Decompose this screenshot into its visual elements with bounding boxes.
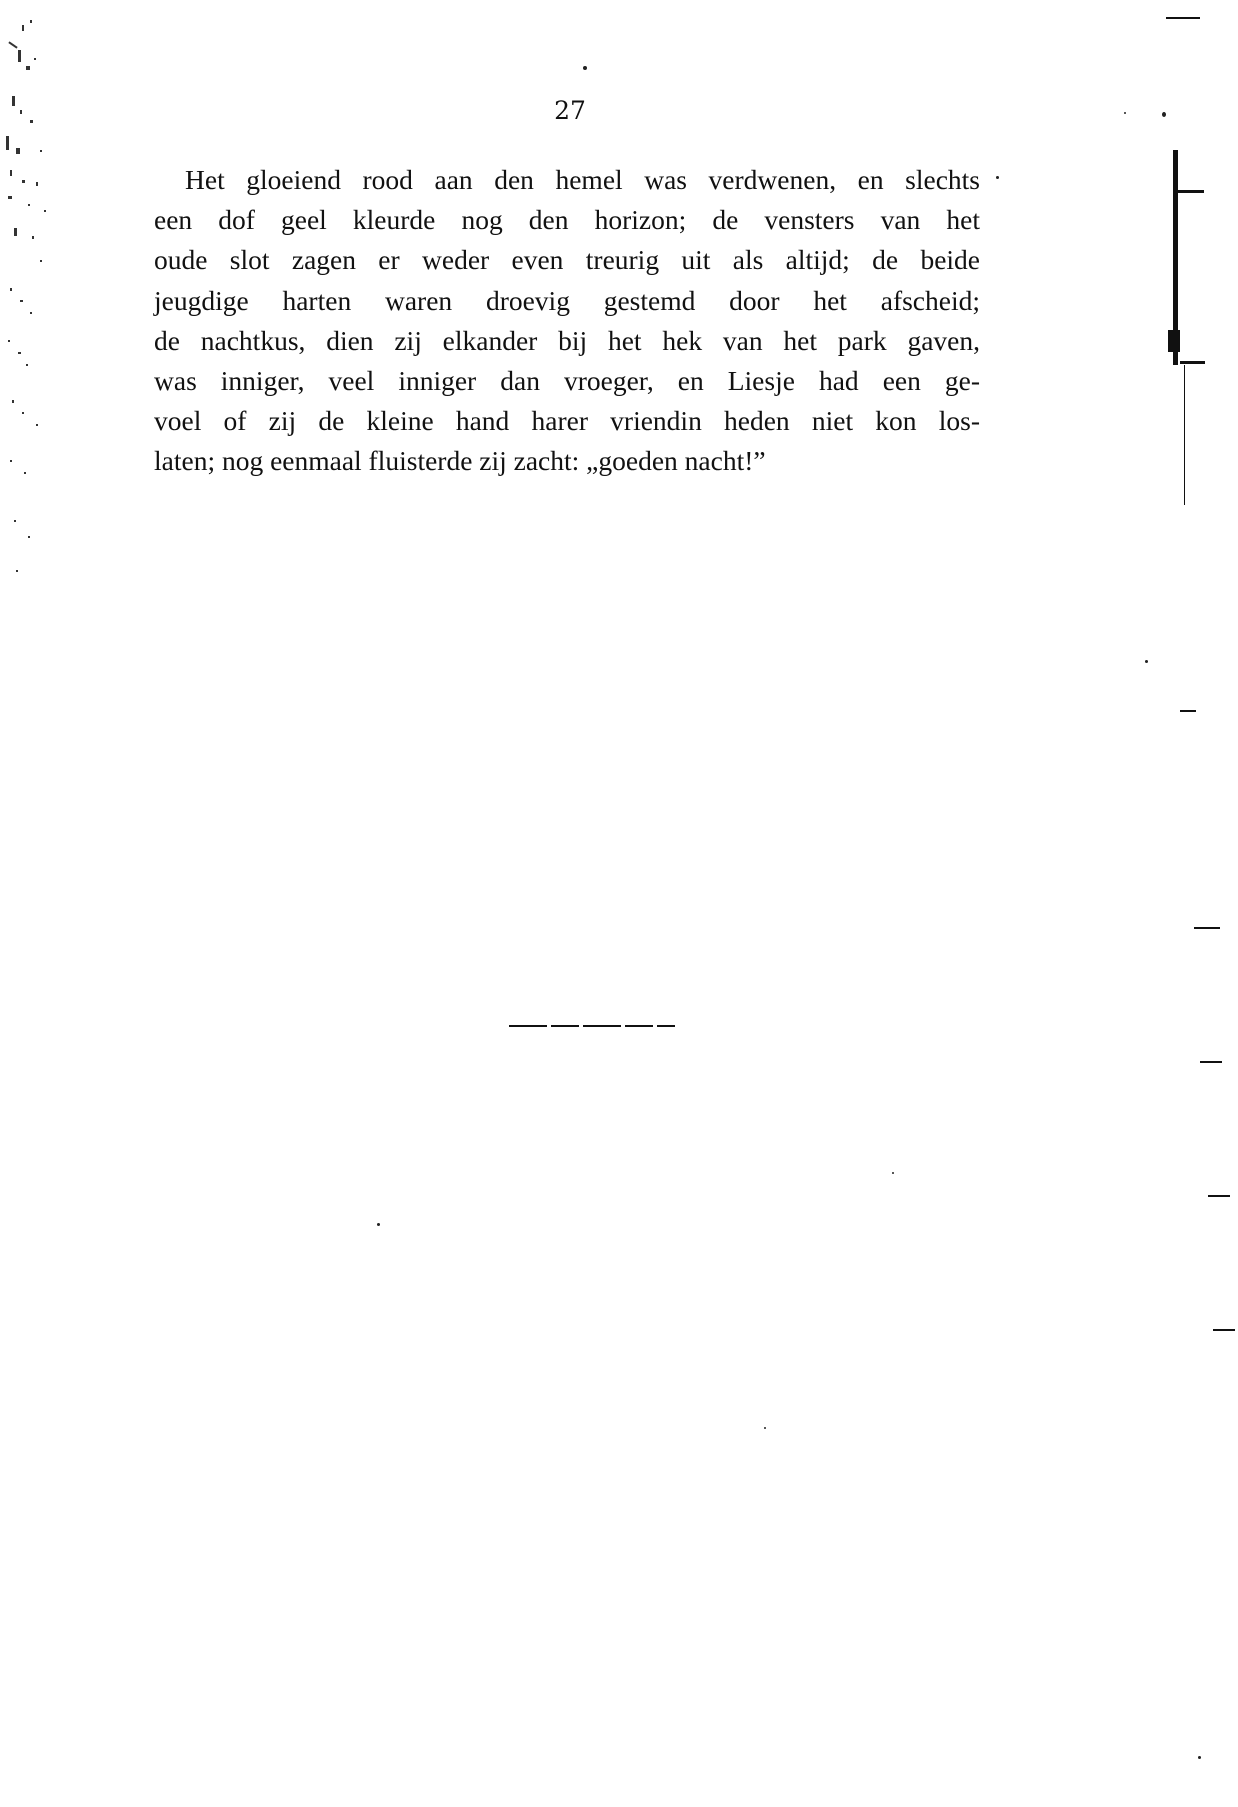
text-line: jeugdige harten waren droevig gestemd do…	[154, 281, 980, 321]
scan-speck	[1198, 1756, 1201, 1759]
edge-dash	[1208, 1195, 1230, 1197]
text-line: laten; nog eenmaal fluisterde zij zacht:…	[154, 441, 980, 481]
text-line: voel of zij de kleine hand harer vriendi…	[154, 401, 980, 441]
text-line: was inniger, veel inniger dan vroeger, e…	[154, 361, 980, 401]
scan-speck	[892, 1172, 894, 1174]
scan-speck	[1162, 112, 1166, 117]
scanned-book-page: 27 Het gloeiend rood aan den hemel was v…	[0, 0, 1238, 1807]
scan-speck	[583, 66, 587, 70]
page-number: 27	[540, 96, 600, 125]
binding-edge-mark	[1168, 330, 1180, 352]
edge-dash	[1166, 17, 1200, 19]
text-line: oude slot zagen er weder even treurig ui…	[154, 240, 980, 280]
binding-edge-mark	[1176, 190, 1204, 193]
edge-dash	[1180, 710, 1196, 712]
edge-dash	[1194, 927, 1220, 929]
body-paragraph: Het gloeiend rood aan den hemel was verd…	[154, 160, 980, 482]
left-edge-scan-noise	[0, 0, 60, 600]
binding-edge-mark	[1180, 361, 1205, 364]
text-line: de nachtkus, dien zij elkander bij het h…	[154, 321, 980, 361]
text-line: een dof geel kleurde nog den horizon; de…	[154, 200, 980, 240]
scan-speck	[1145, 660, 1148, 663]
section-divider-rule	[509, 1025, 675, 1027]
edge-dash	[1200, 1061, 1222, 1063]
scan-speck	[764, 1427, 766, 1429]
binding-edge-mark	[1184, 365, 1185, 505]
scan-speck	[1124, 112, 1126, 114]
scan-speck	[996, 176, 999, 179]
text-line: Het gloeiend rood aan den hemel was verd…	[154, 160, 980, 200]
scan-speck	[377, 1223, 380, 1226]
edge-dash	[1213, 1329, 1235, 1331]
